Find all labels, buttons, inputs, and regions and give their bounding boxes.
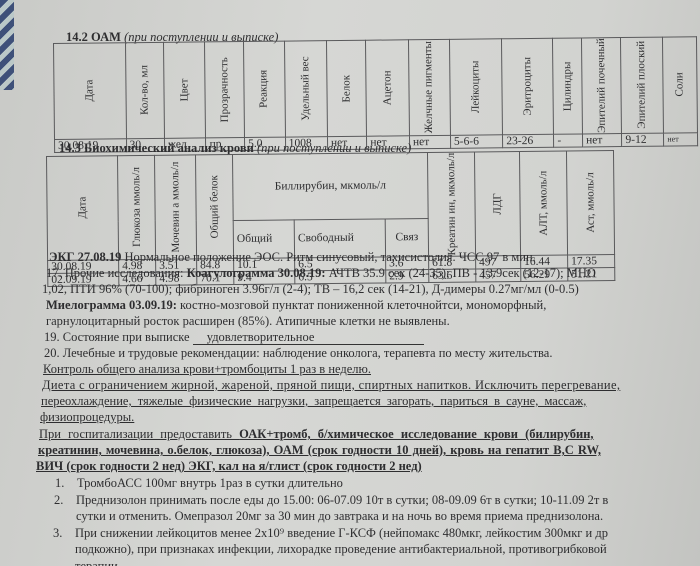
control-line: Контроль общего анализа крови+тромбоциты… [43, 362, 371, 377]
oam-header-cell: Прозрачность [219, 57, 231, 122]
hospitalization-line-1: При госпитализации предоставить ОАК+тром… [39, 427, 594, 442]
coagulogram-line-2: 1,02, ПТИ 96% (70-100); фибриноген 3.96г… [42, 282, 579, 297]
header-urea: Мочевин а ммоль/л [170, 162, 182, 253]
prescription-text: терапии [75, 559, 118, 566]
oam-header-cell: Желчные пигменты [423, 41, 435, 133]
prescription-text: При снижении лейкоцитов менее 2х10⁹ введ… [75, 526, 608, 540]
medical-document: 14.2 ОАМ (при поступлении и выписке) Дат… [0, 0, 700, 566]
prescription-text: Преднизолон принимать после еды до 15.00… [76, 493, 608, 507]
oam-header-cell: Эпителий плоский [636, 41, 648, 129]
prescription-number: 2. [54, 493, 76, 508]
myelogram-line: Миелограмма 03.09.19: костно-мозговой пу… [46, 298, 546, 313]
other-studies-line: 17. Прочие исследования: Коагулограмма 3… [46, 266, 596, 281]
prescription-line: сутки и отменить. Омепразол 20мг за 30 м… [54, 509, 603, 524]
oam-header-cell: Цилиндры [562, 61, 574, 111]
diet-line-2: переохлаждение, тяжелые физические нагру… [41, 394, 586, 409]
prescription-line: терапии [53, 559, 118, 566]
oam-header-cell: Удельный вес [300, 56, 312, 120]
oam-cell: 5-6-6 [450, 134, 503, 148]
recommendations-line: 20. Лечебные и трудовые рекомендации: на… [44, 346, 552, 361]
header-protein: Общий белок [209, 175, 221, 238]
oam-header-cell: Цвет [179, 79, 190, 102]
oam-header-cell: Белок [341, 74, 352, 102]
oam-cell: нет [664, 132, 698, 145]
oam-header-cell: Дата [84, 80, 95, 102]
oam-cell: 23-26 [503, 134, 554, 148]
prescription-line: подкожно), при признаках инфекции, лихор… [53, 542, 607, 557]
oam-header-cell: Эритроциты [522, 57, 534, 116]
header-creatinine: Креатин ин, мкмоль/л [445, 153, 457, 256]
myelogram-line-2: гарнулоцитарный росток расширен (85%). А… [46, 314, 450, 329]
hospitalization-line-3: ВИЧ (срок годности 2 нед) ЭКГ, кал на я/… [36, 459, 422, 474]
header-alt: АЛТ, ммоль/л [538, 171, 550, 236]
header-ast: Аст, ммоль/л [585, 172, 597, 232]
prescription-text: подкожно), при признаках инфекции, лихор… [75, 542, 607, 556]
prescription-text: ТромбоАСС 100мг внутрь 1раз в сутки длит… [77, 476, 343, 490]
header-bilirubin: Биллирубин, мкмоль/л [232, 153, 428, 221]
prescription-line: 2.Преднизолон принимать после еды до 15.… [54, 493, 608, 508]
hospitalization-line-2: креатинин, мочевина, о.белок, глюкоза), … [38, 443, 601, 458]
oam-header-cell: Кол-во, мл [139, 65, 151, 115]
oam-cell: нет [409, 135, 450, 148]
diet-line-1: Диета с ограничением жирной, жареной, пр… [42, 378, 620, 393]
prescription-text: сутки и отменить. Омепразол 20мг за 30 м… [76, 509, 603, 523]
discharge-state-value: удовлетворительное [193, 330, 425, 345]
header-glucose: Глюкоза ммоль/л [131, 167, 143, 247]
oam-header-cell: Соли [675, 73, 686, 97]
header-date: Дата [77, 197, 88, 219]
oam-table: ДатаКол-во, млЦветПрозрачностьРеакцияУде… [53, 36, 698, 152]
oam-header-cell: Ацетон [382, 70, 393, 105]
oam-header-cell: Реакция [259, 70, 270, 108]
oam-cell: 9-12 [622, 133, 664, 146]
oam-header-cell: Эпителий почечный [596, 38, 608, 133]
oam-header-cell: Лейкоциты [470, 61, 482, 114]
prescription-number: 3. [53, 526, 75, 541]
header-ldh: ЛДГ [492, 193, 503, 214]
prescription-line: 1.ТромбоАСС 100мг внутрь 1раз в сутки дл… [55, 476, 343, 491]
diet-line-3: физиопроцедуры. [40, 410, 134, 425]
oam-cell: нет [583, 133, 623, 146]
discharge-state-line: 19. Состояние при выписке удовлетворител… [44, 330, 424, 345]
ecg-line: ЭКГ 27.08.19 Нормальное положение ЭОС. Р… [49, 250, 536, 265]
prescription-line: 3.При снижении лейкоцитов менее 2х10⁹ вв… [53, 526, 608, 541]
prescription-number: 1. [55, 476, 77, 491]
oam-cell: - [554, 134, 583, 147]
